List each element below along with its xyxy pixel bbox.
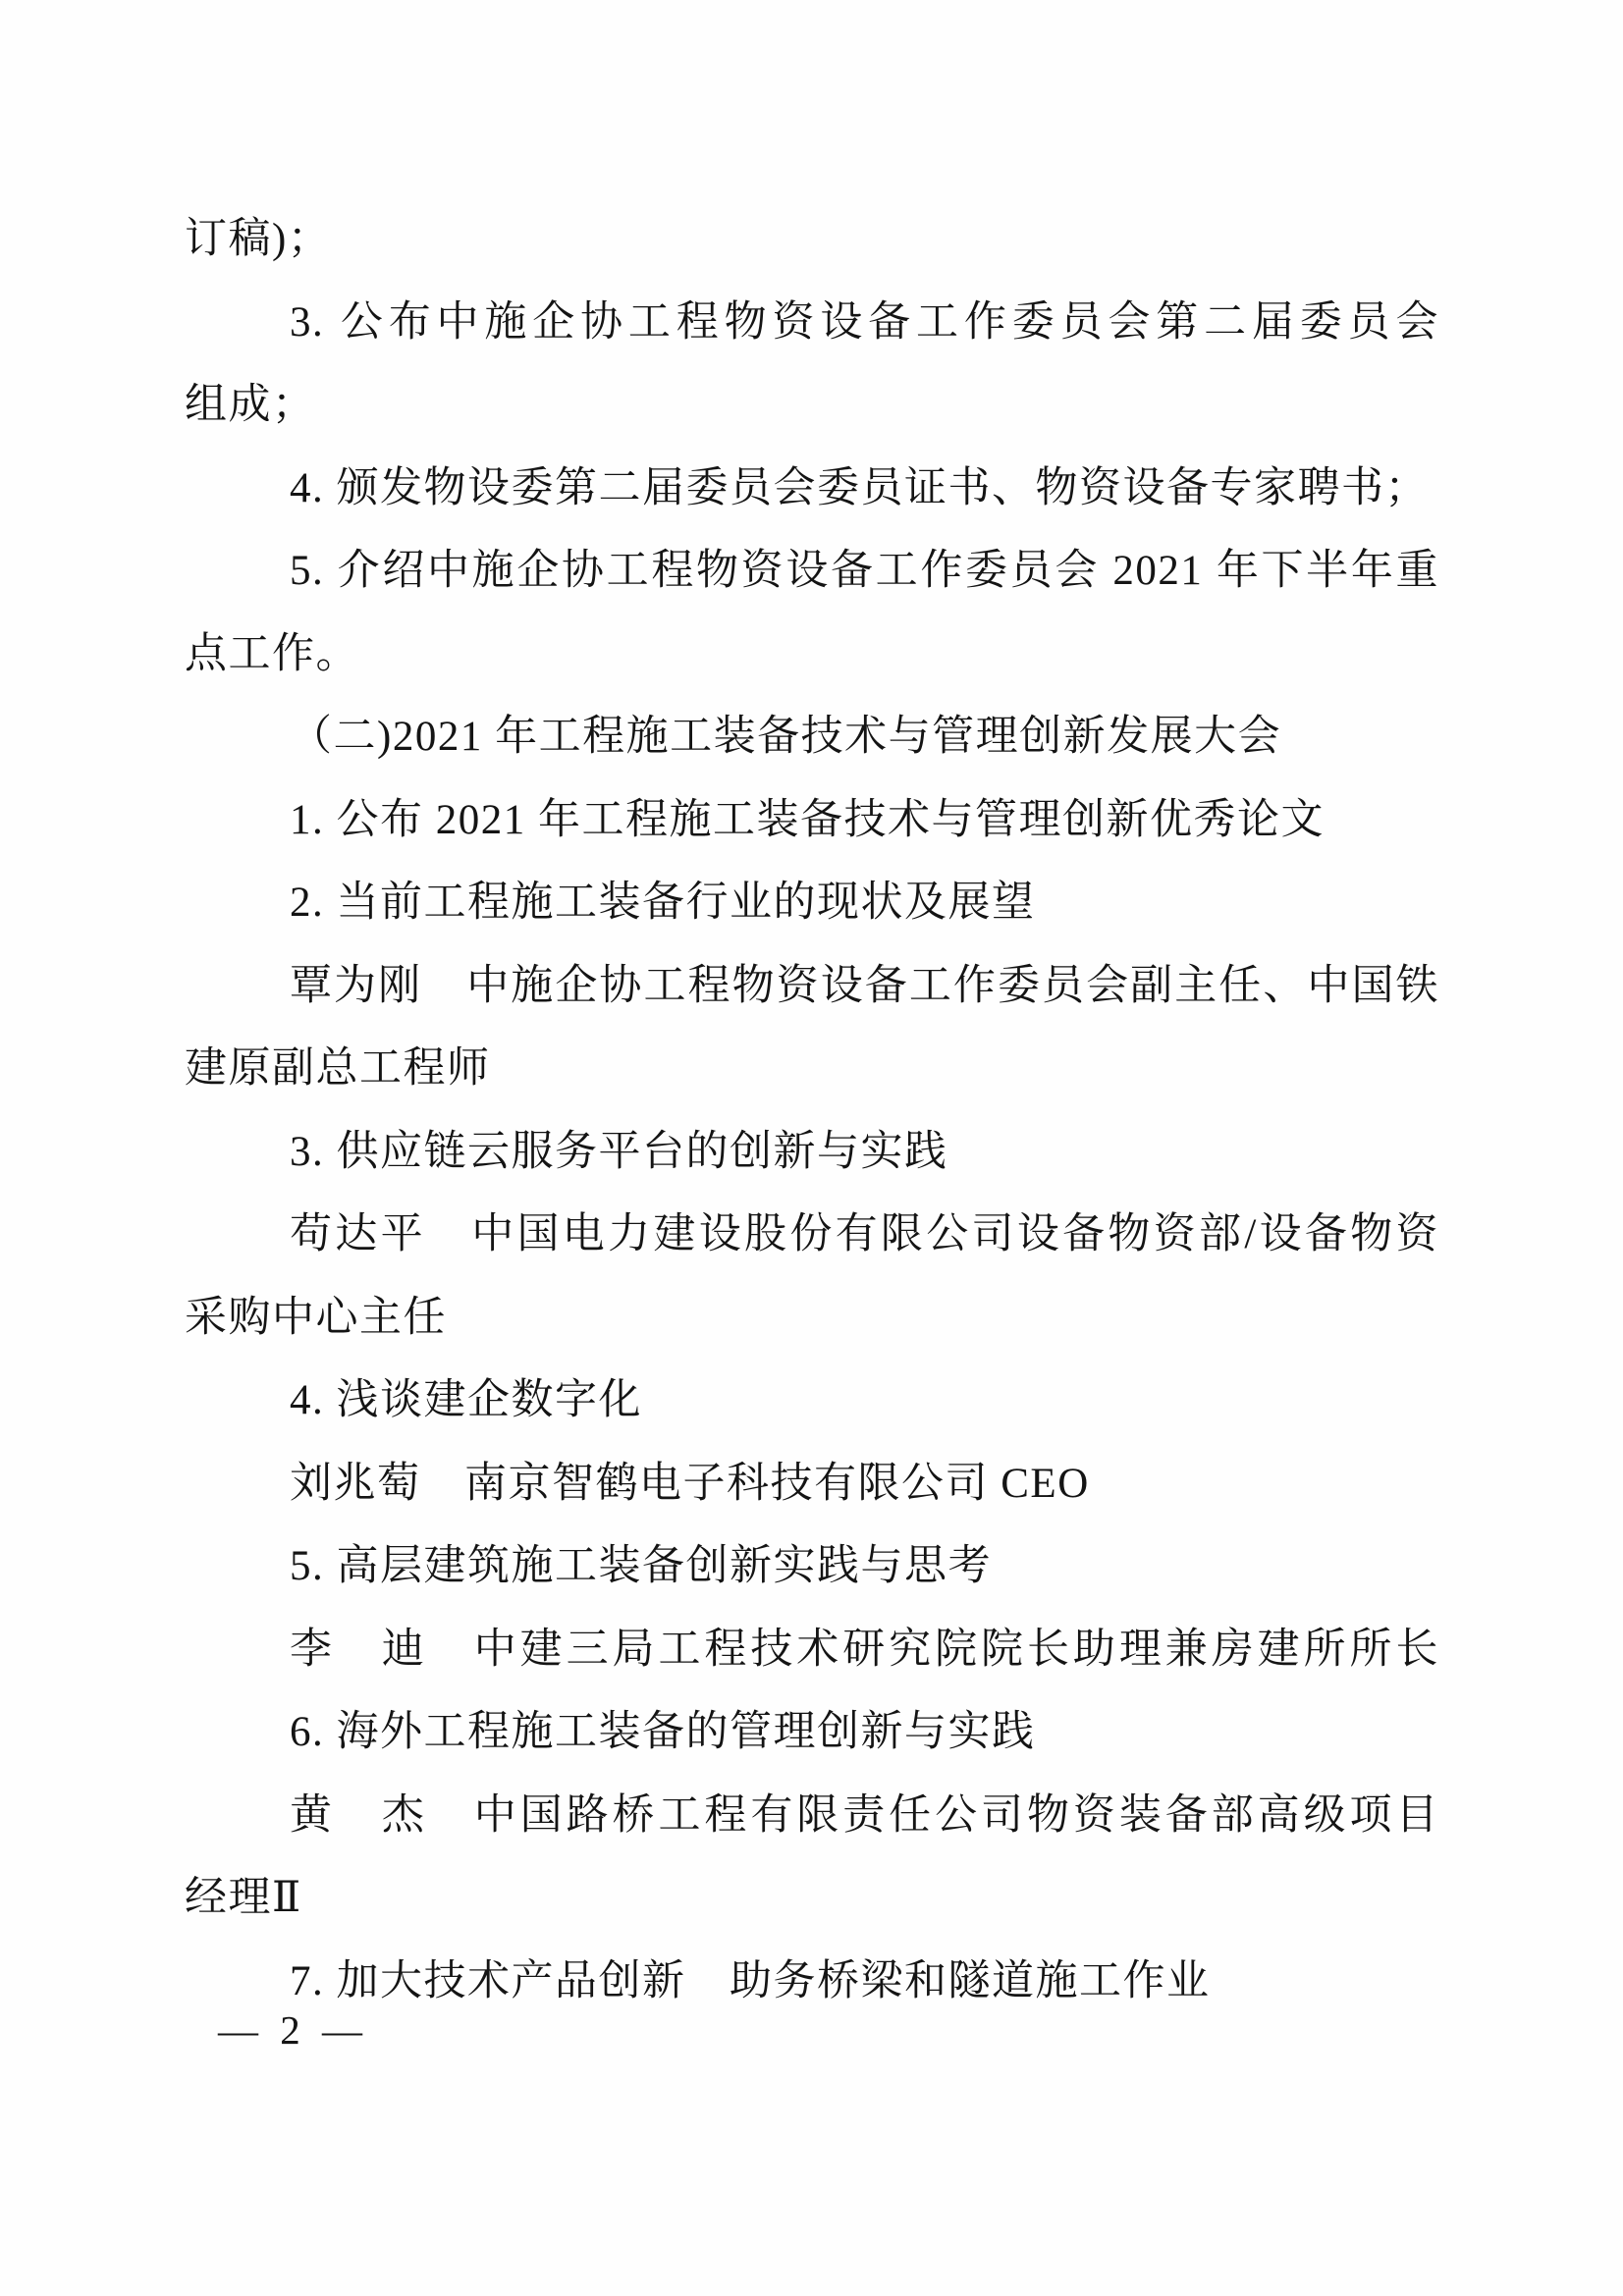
text-line: 刘兆萄 南京智鹤电子科技有限公司 CEO — [185, 1443, 1439, 1526]
text-line: 7. 加大技术产品创新 助务桥梁和隧道施工作业 — [185, 1941, 1439, 2024]
text-line: 点工作。 — [185, 614, 1439, 697]
text-line: 3. 公布中施企协工程物资设备工作委员会第二届委员会 — [185, 282, 1439, 365]
page-number-footer: — 2 — — [218, 2002, 368, 2057]
document-body: 订稿)；3. 公布中施企协工程物资设备工作委员会第二届委员会组成；4. 颁发物设… — [185, 198, 1439, 2023]
text-line: 组成； — [185, 364, 1439, 448]
text-line: 4. 浅谈建企数字化 — [185, 1360, 1439, 1443]
text-line: 建原副总工程师 — [185, 1028, 1439, 1111]
text-line: 苟达平 中国电力建设股份有限公司设备物资部/设备物资 — [185, 1194, 1439, 1277]
text-line: 2. 当前工程施工装备行业的现状及展望 — [185, 862, 1439, 945]
text-line: 6. 海外工程施工装备的管理创新与实践 — [185, 1691, 1439, 1775]
text-line: 经理Ⅱ — [185, 1857, 1439, 1941]
text-line: 订稿)； — [185, 198, 1439, 282]
text-line: 李 迪 中建三局工程技术研究院院长助理兼房建所所长 — [185, 1609, 1439, 1692]
text-line: 1. 公布 2021 年工程施工装备技术与管理创新优秀论文 — [185, 779, 1439, 863]
text-line: 覃为刚 中施企协工程物资设备工作委员会副主任、中国铁 — [185, 945, 1439, 1029]
text-line: 3. 供应链云服务平台的创新与实践 — [185, 1111, 1439, 1195]
text-line: 采购中心主任 — [185, 1277, 1439, 1361]
text-line: 4. 颁发物设委第二届委员会委员证书、物资设备专家聘书； — [185, 448, 1439, 531]
document-page: 订稿)；3. 公布中施企协工程物资设备工作委员会第二届委员会组成；4. 颁发物设… — [0, 0, 1623, 2296]
text-line: 5. 介绍中施企协工程物资设备工作委员会 2021 年下半年重 — [185, 530, 1439, 614]
text-line: 黄 杰 中国路桥工程有限责任公司物资装备部高级项目 — [185, 1775, 1439, 1858]
text-line: 5. 高层建筑施工装备创新实践与思考 — [185, 1525, 1439, 1609]
text-line: （二)2021 年工程施工装备技术与管理创新发展大会 — [185, 696, 1439, 779]
